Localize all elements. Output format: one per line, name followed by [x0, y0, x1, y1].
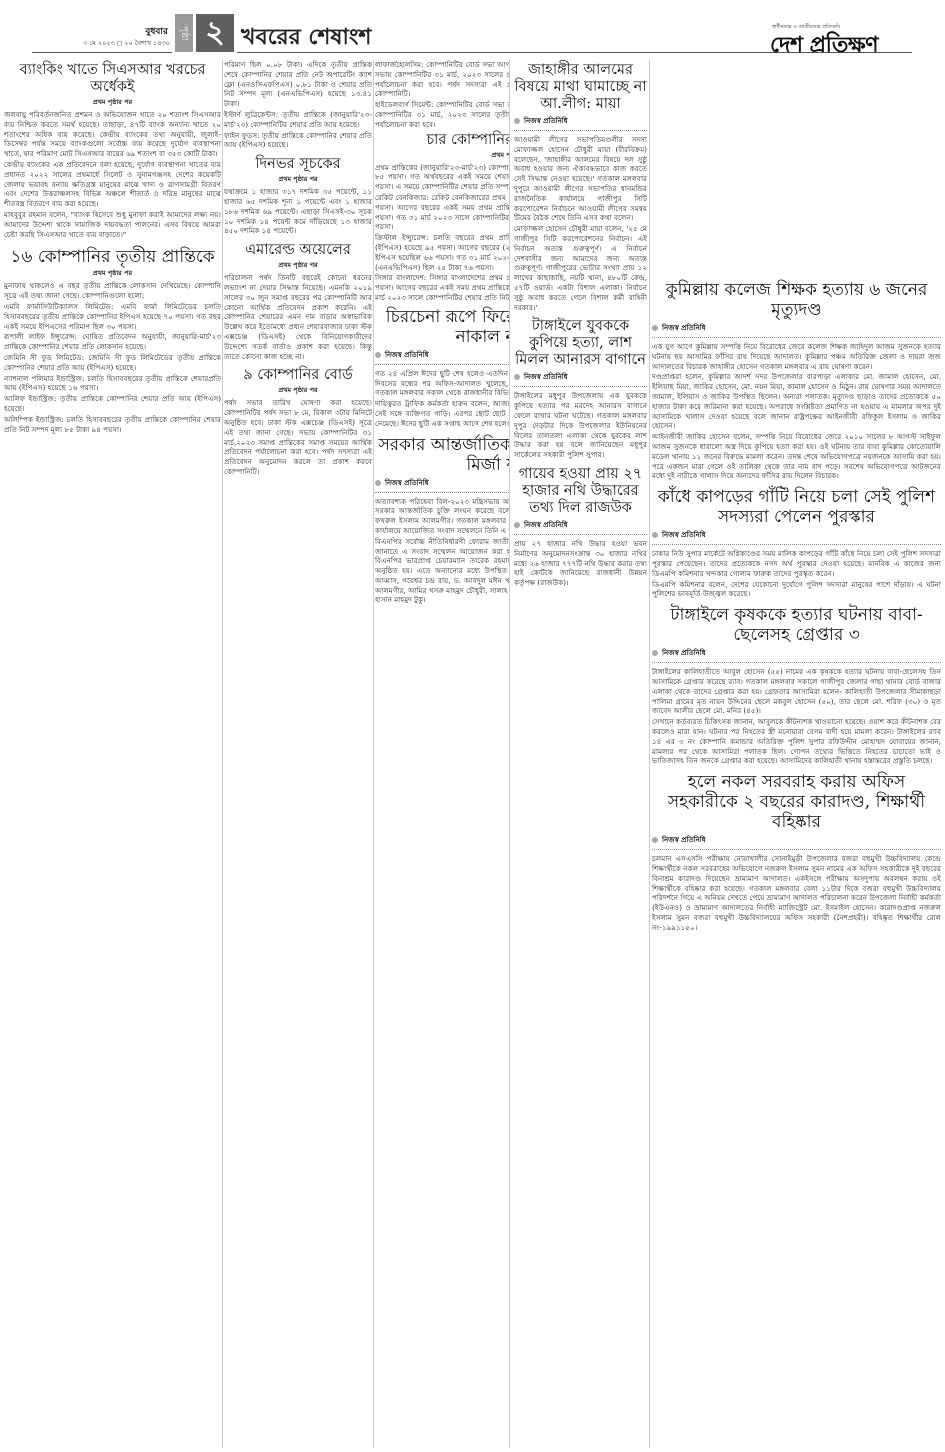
continued-from-label: প্রথম পৃষ্ঠার পর [224, 174, 372, 185]
column-1: ব্যাংকিং খাতে সিএসআর খরচের অর্ধেকই প্রথম… [4, 60, 221, 1448]
column-divider [222, 60, 223, 1448]
article-paragraph: ন্যাশনাল পলিমার ইন্ডাস্ট্রিজ: চলতি হিসাব… [4, 374, 221, 394]
byline: নিজস্ব প্রতিনিধি [652, 834, 941, 846]
article-nine-company-board: ৯ কোম্পানির বোর্ড প্রথম পৃষ্ঠার পর পর্ষদ… [224, 367, 372, 476]
column-divider [649, 60, 650, 1448]
article-paragraph: রূপালী লাইফ ইন্স্যুরেন্স: ঘোষিত প্রতিবেদ… [4, 332, 221, 352]
headline[interactable]: দিনভর সূচকের [224, 156, 372, 173]
byline: নিজস্ব প্রতিনিধি [652, 529, 941, 541]
article-paragraph: মাহবুবুর রহমান বলেন, "ব্যাংক হিসেবে শুধু… [4, 210, 221, 239]
headline[interactable]: কাঁধে কাপড়ের গাঁটি নিয়ে চলা সেই পুলিশ … [652, 487, 941, 527]
page-number: ২ [196, 14, 234, 52]
article-paragraph: টাঙ্গাইলের কালিহাতীতে আবুল হোসেন (৫৫) না… [652, 667, 941, 716]
article-banking-csr: ব্যাংকিং খাতে সিএসআর খরচের অর্ধেকই প্রথম… [4, 62, 221, 239]
issue-day: বুধবার [138, 24, 168, 39]
bullet-icon [514, 118, 520, 124]
byline: নিজস্ব প্রতিনিধি [514, 115, 647, 127]
bullet-icon [375, 480, 381, 486]
article-comilla-teacher: কুমিল্লায় কলেজ শিক্ষক হত্যায় ৬ জনের মৃ… [652, 280, 941, 481]
divider [514, 534, 647, 535]
article-sixteen-companies: ১৬ কোম্পানির তৃতীয় প্রান্তিকে প্রথম পৃষ… [4, 247, 221, 434]
article-paragraph: কেন্দ্রীয় ব্যাংকের এক প্রতিবেদনে বলা হয… [4, 160, 221, 209]
article-jahangir-alam: জাহাঙ্গীর আলমের বিষয়ে মাথা ঘামাচ্ছে না … [514, 62, 647, 312]
article-paragraph: ঢাকার নিউ সুপার মার্কেটে অগ্নিকাণ্ডের সম… [652, 549, 941, 578]
column-4: জাহাঙ্গীর আলমের বিষয়ে মাথা ঘামাচ্ছে না … [509, 60, 647, 1448]
byline: নিজস্ব প্রতিনিধি [652, 647, 941, 659]
divider [652, 544, 941, 545]
continued-from-label: প্রথম পৃষ্ঠার পর [224, 260, 372, 271]
bullet-icon [652, 837, 658, 843]
masthead-rule [32, 52, 172, 53]
article-paragraph: সেখানে কর্তব্যরত চিকিৎসক জানান, আবুলকে ক… [652, 717, 941, 766]
article-paragraph: চলমান এসএসসি পরীক্ষায় নোয়াখালীর সোনাইম… [652, 854, 941, 932]
divider [514, 386, 647, 387]
continued-from-label: প্রথম পৃষ্ঠার পর [4, 268, 221, 279]
article-paragraph: এমবি ফার্মাসিউটিক্যালস লিমিটেড: এমবি ফার… [4, 302, 221, 331]
divider [652, 849, 941, 850]
bullet-icon [652, 325, 658, 331]
bullet-icon [514, 374, 520, 380]
headline[interactable]: ৯ কোম্পানির বোর্ড [224, 367, 372, 384]
bullet-icon [514, 522, 520, 528]
article-tangail-youth: টাঙ্গাইলে যুবককে কুপিয়ে হত্যা, লাশ মিলল… [514, 318, 647, 460]
article-paragraph: মুনাফায় থাকলেও এ বছর তৃতীয় প্রান্তিকে … [4, 281, 221, 301]
article-emerald-oil: এমারেল্ড অয়েলের প্রথম পৃষ্ঠার পর পরিচাল… [224, 242, 372, 361]
headline[interactable]: টাঙ্গাইলে কৃষককে হত্যার ঘটনায় বাবা-ছেলে… [652, 605, 941, 645]
column-divider [373, 60, 374, 1448]
divider [514, 130, 647, 131]
article-eastern-lubricants: পরিমাণ ছিল ০.০৮ টাকা। এদিকে তৃতীয় প্রান… [224, 60, 372, 150]
article-paragraph: পর্ষদ সভার তারিখ ঘোষণা করা হয়েছে। কোম্প… [224, 398, 372, 476]
article-paragraph: ডিএমপি কমিশনার বলেন, দেশের যেকোনো দুর্যো… [652, 580, 941, 600]
masthead: বুধবার ৩ মে ২০২৩ ◻ ২০ বৈশাখ ১৪৩০ পৃষ্ঠা … [0, 0, 945, 58]
article-paragraph: দণ্ডপ্রাপ্তরা হলেন, কুমিল্লার আদর্শ সদর … [652, 372, 941, 431]
article-exam-cheating: হলে নকল সরবরাহ করায় অফিস সহকারীকে ২ বছর… [652, 772, 941, 932]
page-label: পৃষ্ঠা [175, 14, 193, 52]
headline[interactable]: হলে নকল সরবরাহ করায় অফিস সহকারীকে ২ বছর… [652, 772, 941, 832]
continued-from-label: প্রথম পৃষ্ঠার পর [224, 385, 372, 396]
article-paragraph: আলিফ ইন্ডাস্ট্রিজ: তৃতীয় প্রান্তিকে কোম… [4, 394, 221, 414]
headline[interactable]: ব্যাংকিং খাতে সিএসআর খরচের অর্ধেকই [4, 62, 221, 96]
headline[interactable]: ১৬ কোম্পানির তৃতীয় প্রান্তিকে [4, 247, 221, 267]
article-paragraph: অলিম্পিক ইন্ডাস্ট্রিজ: চলতি হিসাববছরের ত… [4, 415, 221, 435]
column-5: কুমিল্লায় কলেজ শিক্ষক হত্যায় ৬ জনের মৃ… [652, 60, 941, 1448]
byline: নিজস্ব প্রতিনিধি [514, 371, 647, 383]
article-paragraph: মোফাজ্জল হোসেন চৌধুরী মায়া বলেন, '২৫ মে… [514, 224, 647, 312]
headline[interactable]: এমারেল্ড অয়েলের [224, 242, 372, 259]
article-paragraph: ফাইন ফুডস: তৃতীয় প্রান্তিকে কোম্পানির শ… [224, 131, 372, 151]
article-paragraph: ইস্টার্ণ লুব্রিকেন্টস: তৃতীয় প্রান্তিকে… [224, 110, 372, 130]
article-paragraph: প্রায় ২৭ হাজার নথি উদ্ধার হওয়া ভবন নির… [514, 539, 647, 588]
bullet-icon [375, 352, 381, 358]
article-paragraph: আওয়ামী লীগের সভাপতিমণ্ডলীর সদস্য মোফাজ্… [514, 135, 647, 223]
headline[interactable]: জাহাঙ্গীর আলমের বিষয়ে মাথা ঘামাচ্ছে না … [514, 62, 647, 113]
article-police-reward: কাঁধে কাপড়ের গাঁটি নিয়ে চলা সেই পুলিশ … [652, 487, 941, 599]
article-paragraph: যথাক্রমে ১ হাজার ৩১৭ দশমিক ৩৫ পয়েন্টে, … [224, 187, 372, 236]
byline: নিজস্ব প্রতিনিধি [652, 322, 941, 334]
article-tangail-farmer: টাঙ্গাইলে কৃষককে হত্যার ঘটনায় বাবা-ছেলে… [652, 605, 941, 766]
article-paragraph: পরিচালনা পর্ষদ তিনটি বছরেই কোনো ধরনের লভ… [224, 273, 372, 361]
column-2: পরিমাণ ছিল ০.০৮ টাকা। এদিকে তৃতীয় প্রান… [224, 60, 372, 1448]
continued-from-label: প্রথম পৃষ্ঠার পর [4, 97, 221, 108]
divider [652, 337, 941, 338]
article-index-drop: দিনভর সূচকের প্রথম পৃষ্ঠার পর যথাক্রমে ১… [224, 156, 372, 236]
article-paragraph: এক যুগ আগে কুমিল্লায় সম্পত্তি নিয়ে বির… [652, 342, 941, 371]
headline[interactable]: টাঙ্গাইলে যুবককে কুপিয়ে হত্যা, লাশ মিলল… [514, 318, 647, 369]
byline: নিজস্ব প্রতিনিধি [514, 519, 647, 531]
article-paragraph: আইনজীবী জাকির হোসেন বলেন, সম্পত্তি নিয়ে… [652, 432, 941, 481]
issue-date: ৩ মে ২০২৩ ◻ ২০ বৈশাখ ১৪৩০ [66, 38, 170, 49]
article-paragraph: পরিমাণ ছিল ০.০৮ টাকা। এদিকে তৃতীয় প্রান… [224, 60, 372, 109]
divider [652, 662, 941, 663]
bullet-icon [652, 532, 658, 538]
article-paragraph: টাঙ্গাইলের মধুপুর উপজেলায় এক যুবককে কুপ… [514, 391, 647, 460]
headline[interactable]: গায়েব হওয়া প্রায় ২৭ হাজার নথি উদ্ধারে… [514, 466, 647, 517]
headline[interactable]: কুমিল্লায় কলেজ শিক্ষক হত্যায় ৬ জনের মৃ… [652, 280, 941, 320]
article-rajuk-files: গায়েব হওয়া প্রায় ২৭ হাজার নথি উদ্ধারে… [514, 466, 647, 588]
article-paragraph: জলবায়ু পরিবর্তনজনিত প্রশমন ও অভিযোজন খা… [4, 110, 221, 159]
bullet-icon [652, 650, 658, 656]
article-paragraph: জেমিনি সী ফুড লিমিটেড: জেমিনি সী ফুড লিম… [4, 353, 221, 373]
